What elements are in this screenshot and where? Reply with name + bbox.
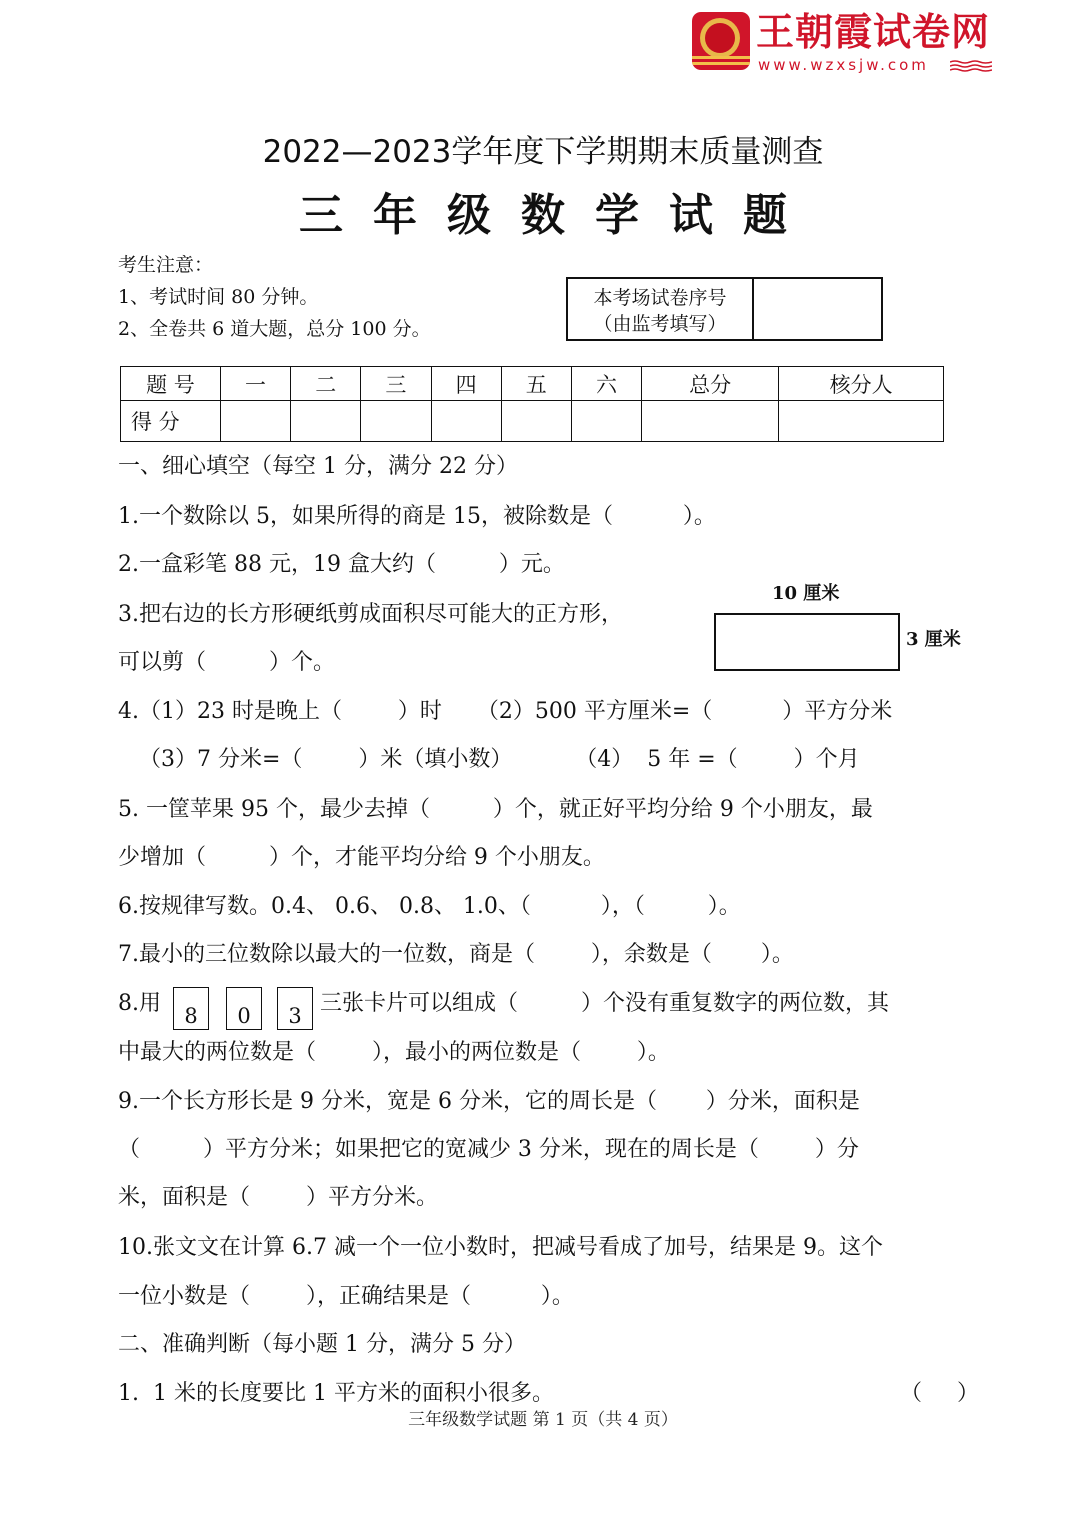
rectangle-figure bbox=[714, 613, 900, 671]
score-cell[interactable] bbox=[291, 401, 361, 442]
score-cell[interactable] bbox=[361, 401, 431, 442]
question-line: 2.一盒彩笔 88 元，19 盒大约（ ）元。 bbox=[118, 550, 565, 580]
q8-prefix: 8.用 bbox=[118, 989, 161, 1019]
judge-answer-box[interactable]: （ ） bbox=[900, 1379, 979, 1409]
score-cell[interactable] bbox=[501, 401, 571, 442]
table-header: 六 bbox=[571, 367, 641, 401]
score-cell[interactable] bbox=[779, 401, 944, 442]
question-line: 5. 一筐苹果 95 个，最少去掉（ ）个，就正好平均分给 9 个小朋友，最 bbox=[118, 795, 873, 825]
table-header: 三 bbox=[361, 367, 431, 401]
question-line: 7.最小的三位数除以最大的一位数，商是（ ），余数是（ ）。 bbox=[118, 940, 794, 970]
number-card: 8 bbox=[173, 987, 209, 1030]
page-footer: 三年级数学试题 第 1 页（共 4 页） bbox=[0, 1408, 1086, 1432]
table-header: 总分 bbox=[642, 367, 779, 401]
serial-value-field[interactable] bbox=[754, 279, 881, 339]
judge-question: 1. 1 米的长度要比 1 平方米的面积小很多。 bbox=[118, 1379, 554, 1409]
question-line: 3.把右边的长方形硬纸剪成面积尽可能大的正方形， bbox=[118, 600, 623, 630]
rect-width-label: 3 厘米 bbox=[906, 628, 961, 652]
number-card: 0 bbox=[226, 987, 262, 1030]
score-cell[interactable] bbox=[642, 401, 779, 442]
table-header: 一 bbox=[220, 367, 290, 401]
rect-length-label: 10 厘米 bbox=[772, 582, 839, 606]
q8-suffix: 三张卡片可以组成（ ）个没有重复数字的两位数，其 bbox=[320, 989, 889, 1019]
notice-item: 1、考试时间 80 分钟。 bbox=[118, 285, 318, 309]
question-line: 1.一个数除以 5，如果所得的商是 15，被除数是（ ）。 bbox=[118, 502, 716, 532]
row-label: 得 分 bbox=[121, 401, 221, 442]
question-line: 10.张文文在计算 6.7 减一个一位小数时，把减号看成了加号，结果是 9。这个 bbox=[118, 1233, 883, 1263]
question-line: 少增加（ ）个，才能平均分给 9 个小朋友。 bbox=[118, 843, 605, 873]
table-header: 题 号 bbox=[121, 367, 221, 401]
serial-label: 本考场试卷序号 （由监考填写） bbox=[568, 279, 754, 339]
table-header: 核分人 bbox=[779, 367, 944, 401]
table-header: 五 bbox=[501, 367, 571, 401]
question-line: 可以剪（ ）个。 bbox=[118, 648, 335, 678]
table-header: 二 bbox=[291, 367, 361, 401]
table-header: 四 bbox=[431, 367, 501, 401]
question-line: 9.一个长方形长是 9 分米，宽是 6 分米，它的周长是（ ）分米，面积是 bbox=[118, 1087, 860, 1117]
notice-heading: 考生注意： bbox=[118, 253, 213, 277]
exam-title: 三年级数学试题 bbox=[0, 188, 1086, 244]
section-heading: 二、准确判断（每小题 1 分，满分 5 分） bbox=[118, 1330, 526, 1360]
score-table: 题 号 一 二 三 四 五 六 总分 核分人 得 分 bbox=[120, 366, 944, 442]
exam-serial-box: 本考场试卷序号 （由监考填写） bbox=[566, 277, 883, 341]
score-cell[interactable] bbox=[431, 401, 501, 442]
section-heading: 一、细心填空（每空 1 分，满分 22 分） bbox=[118, 452, 518, 482]
logo-url: www.wzxsjw.com bbox=[758, 56, 929, 74]
question-line: 中最大的两位数是（ ），最小的两位数是（ ）。 bbox=[118, 1038, 670, 1068]
logo-name: 王朝霞试卷网 bbox=[756, 10, 990, 54]
question-line: 一位小数是（ ），正确结果是（ ）。 bbox=[118, 1282, 574, 1312]
number-card: 3 bbox=[277, 987, 313, 1030]
exam-subtitle: 2022—2023学年度下学期期末质量测查 bbox=[0, 130, 1086, 174]
site-logo: 王朝霞试卷网 www.wzxsjw.com bbox=[692, 10, 1012, 76]
crown-badge-icon bbox=[692, 12, 750, 70]
question-line: （ ）平方分米；如果把它的宽减少 3 分米，现在的周长是（ ）分 bbox=[118, 1135, 859, 1165]
question-line: 米，面积是（ ）平方分米。 bbox=[118, 1183, 438, 1213]
notice-item: 2、全卷共 6 道大题，总分 100 分。 bbox=[118, 317, 431, 341]
question-line: （3）7 分米=（ ）米（填小数） （4） 5 年 =（ ）个月 bbox=[118, 745, 860, 775]
question-line: 4.（1）23 时是晚上（ ）时 （2）500 平方厘米=（ ）平方分米 bbox=[118, 697, 892, 727]
waves-icon bbox=[950, 60, 992, 72]
score-cell[interactable] bbox=[220, 401, 290, 442]
question-line: 6.按规律写数。0.4、 0.6、 0.8、 1.0、（ ），（ ）。 bbox=[118, 892, 741, 922]
score-cell[interactable] bbox=[571, 401, 641, 442]
